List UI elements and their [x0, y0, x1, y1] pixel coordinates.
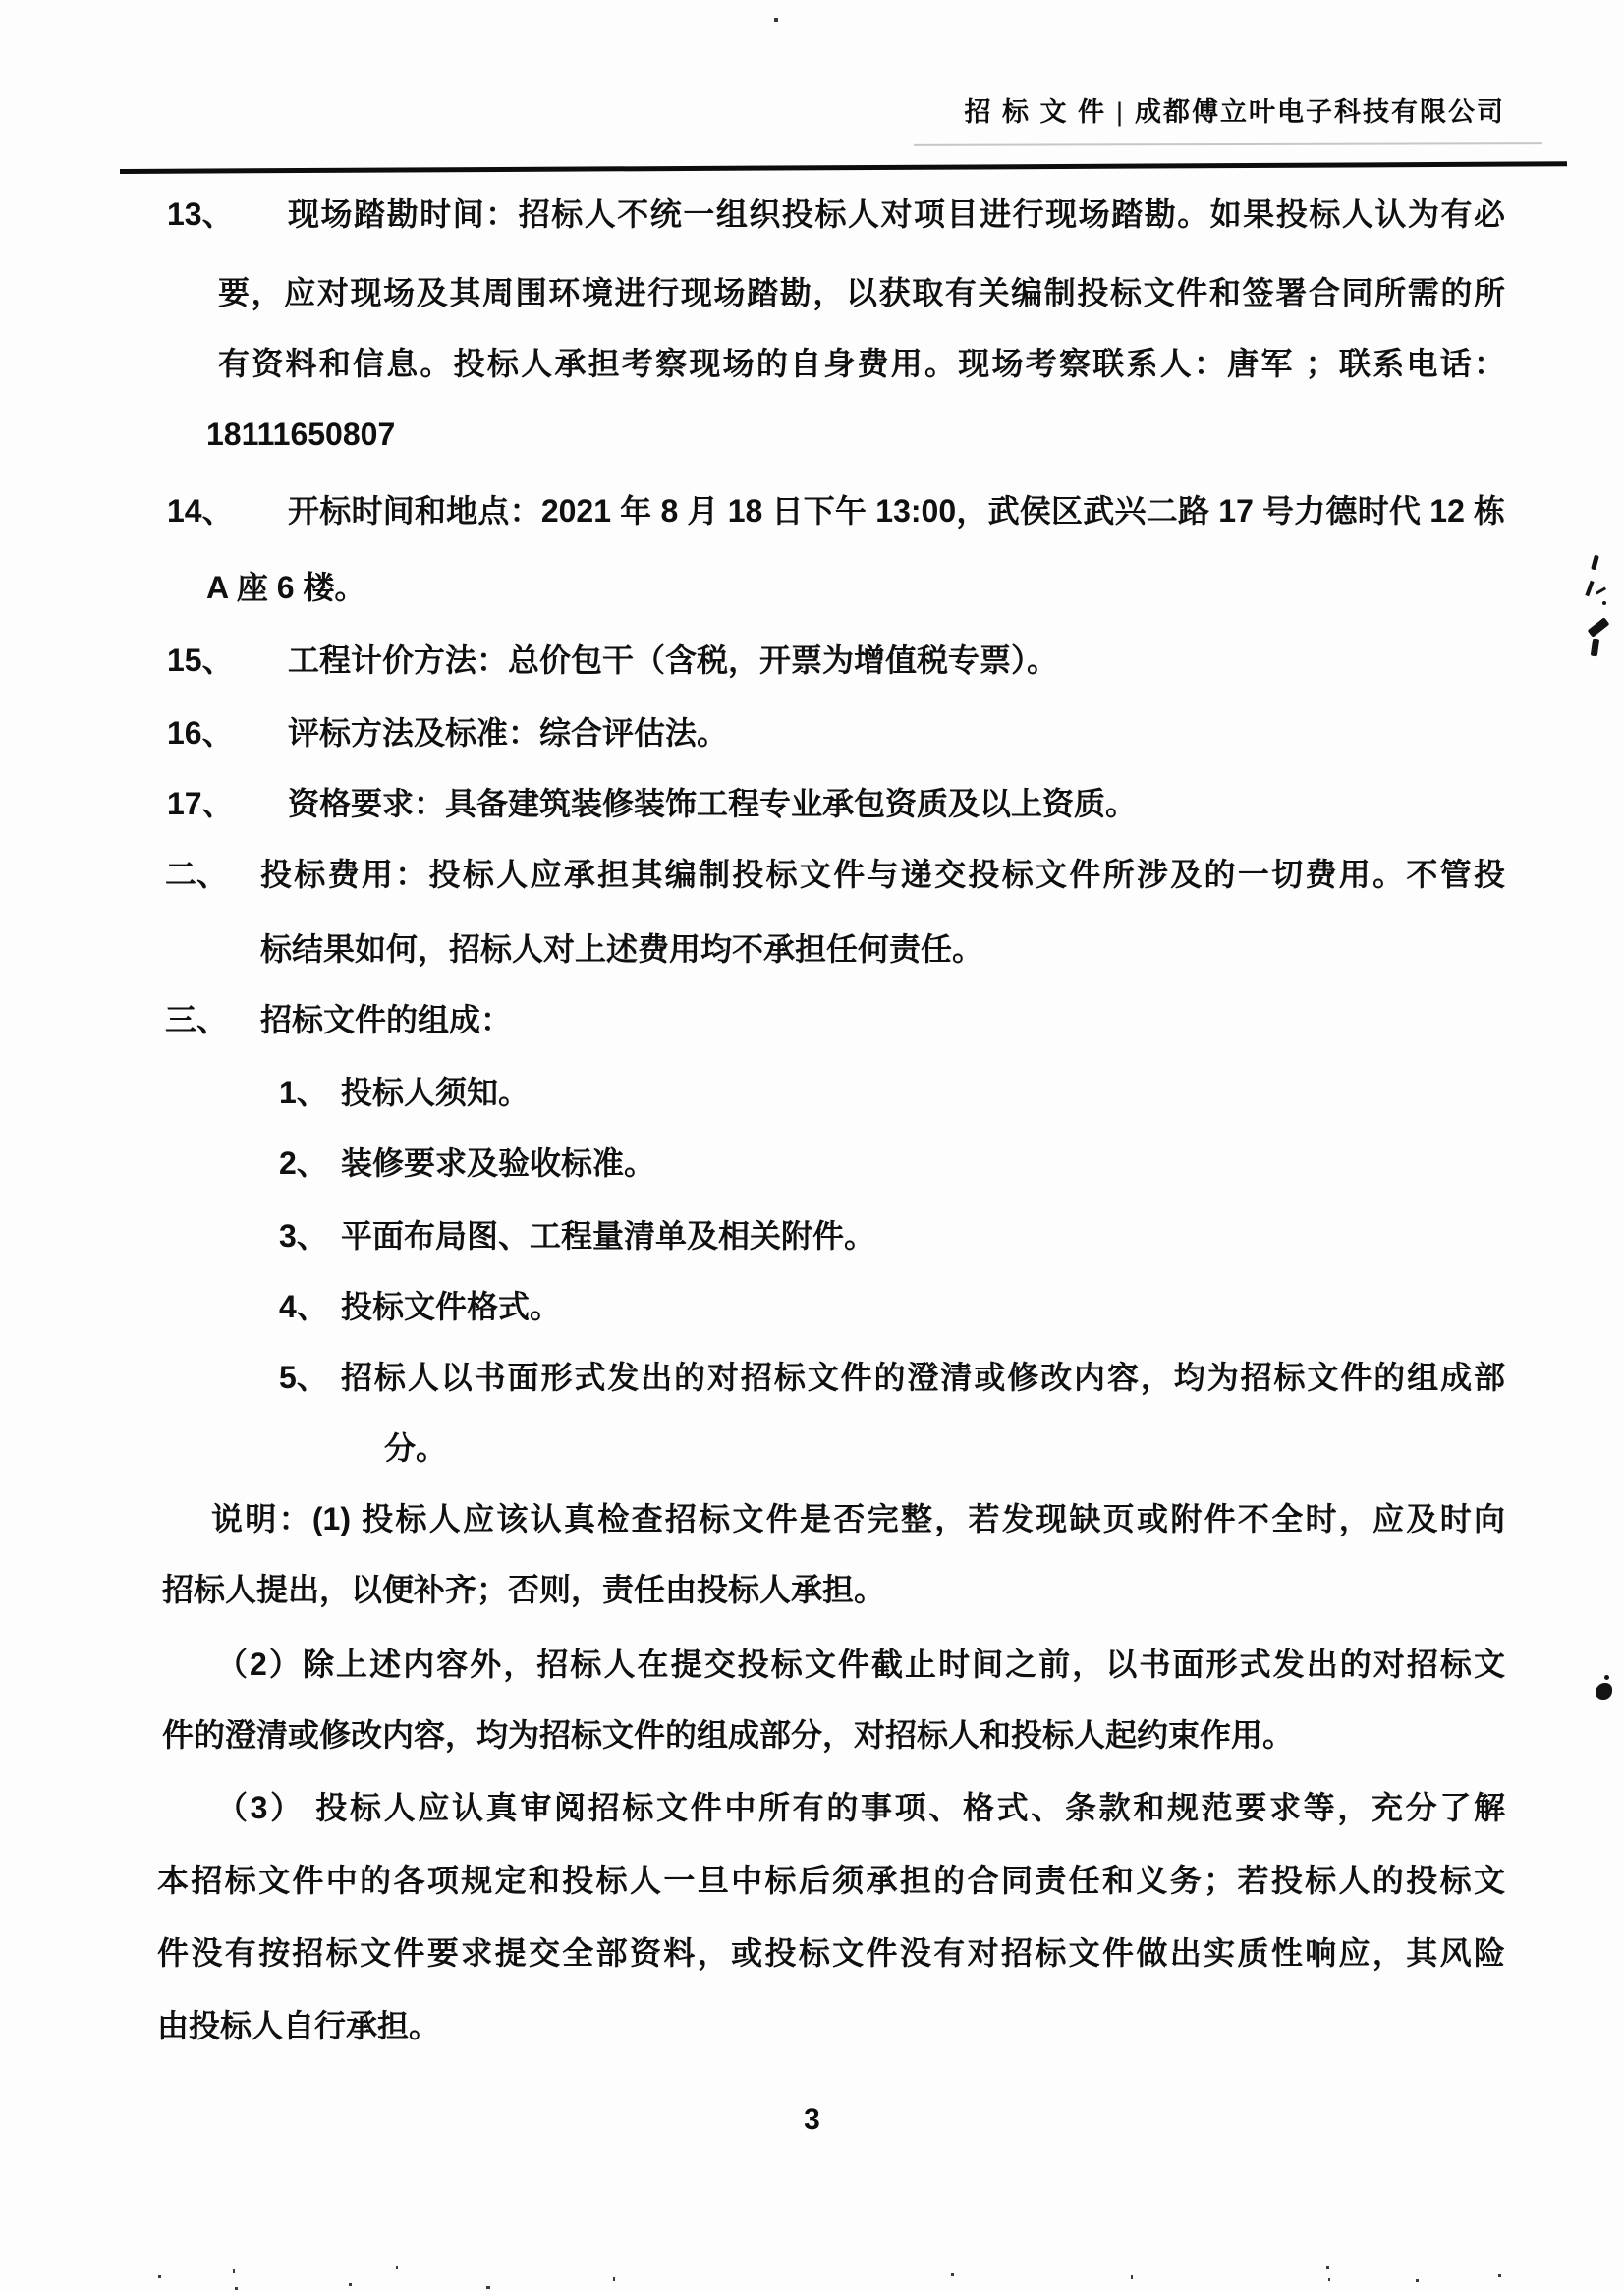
item-17-number: 17、: [167, 767, 234, 840]
scan-artifact-line: [914, 142, 1542, 146]
item-15-number: 15、: [167, 624, 234, 697]
note-3-line-2: 本招标文件中的各项规定和投标人一旦中标后须承担的合同责任和义务；若投标人的投标文: [157, 1844, 1505, 1917]
item-14-line-2: A 座 6 楼。: [206, 551, 365, 624]
item-16-line-1: 评标方法及标准：综合评估法。: [288, 697, 728, 769]
handwritten-margin-mark: [1591, 639, 1599, 657]
subitem-1-line-1: 投标人须知。: [341, 1056, 530, 1129]
scan-speck: [613, 2277, 615, 2281]
item-16-number: 16、: [167, 697, 234, 769]
subitem-2-line-1: 装修要求及验收标准。: [341, 1127, 655, 1200]
item-13-line-2: 要，应对现场及其周围环境进行现场踏勘，以获取有关编制投标文件和签署合同所需的所: [218, 256, 1505, 329]
section-3-line-1: 招标文件的组成：: [260, 983, 512, 1056]
item-14-number: 14、: [167, 475, 234, 547]
handwritten-margin-mark: [1596, 586, 1606, 594]
item-14-line-1: 开标时间和地点：2021 年 8 月 18 日下午 13:00，武侯区武兴二路 …: [288, 475, 1505, 547]
scan-speck: [349, 2283, 352, 2286]
subitem-5-line-2: 分。: [384, 1412, 447, 1484]
handwritten-margin-mark: [1588, 617, 1610, 638]
scan-speck: [1416, 2279, 1419, 2282]
scan-speck: [774, 18, 778, 22]
section-2-number: 二、: [165, 838, 228, 911]
page-header: 招 标 文 件|成都傅立叶电子科技有限公司: [0, 90, 1505, 129]
ink-smudge: [1604, 1675, 1609, 1680]
subitem-4-number: 4、: [279, 1270, 328, 1343]
note-3-line-4: 由投标人自行承担。: [157, 1989, 440, 2062]
section-2-line-1: 投标费用：投标人应承担其编制投标文件与递交投标文件所涉及的一切费用。不管投: [260, 838, 1505, 911]
scan-speck: [951, 2273, 954, 2276]
section-3-number: 三、: [165, 983, 228, 1056]
item-13-line-1: 现场踏勘时间：招标人不统一组织投标人对项目进行现场踏勘。如果投标人认为有必: [288, 178, 1505, 251]
note-1-line-1: 说明：(1) 投标人应该认真检查招标文件是否完整，若发现缺页或附件不全时，应及时…: [211, 1482, 1505, 1555]
scan-speck: [1131, 2275, 1133, 2279]
subitem-2-number: 2、: [279, 1127, 328, 1200]
handwritten-margin-mark: [1585, 581, 1594, 596]
subitem-5-line-1: 招标人以书面形式发出的对招标文件的澄清或修改内容，均为招标文件的组成部: [341, 1341, 1505, 1414]
document-page: 招 标 文 件|成都傅立叶电子科技有限公司 13、 现场踏勘时间：招标人不统一组…: [0, 0, 1624, 2290]
header-rule: [120, 161, 1567, 174]
scan-speck: [158, 2275, 161, 2278]
subitem-3-number: 3、: [279, 1200, 328, 1272]
item-13-number: 13、: [167, 178, 234, 251]
item-13-line-3: 有资料和信息。投标人承担考察现场的自身费用。现场考察联系人：唐军 ；联系电话：: [218, 327, 1505, 400]
note-2-line-2: 件的澄清或修改内容，均为招标文件的组成部分，对招标人和投标人起约束作用。: [162, 1699, 1294, 1771]
item-15-line-1: 工程计价方法：总价包干（含税，开票为增值税专票）。: [288, 624, 1058, 697]
note-3-line-3: 件没有按招标文件要求提交全部资料，或投标文件没有对招标文件做出实质性响应，其风险: [157, 1917, 1505, 1989]
scan-speck: [233, 2269, 235, 2273]
scan-speck: [1498, 2274, 1501, 2277]
scan-speck: [486, 2286, 490, 2289]
section-2-line-2: 标结果如何，招标人对上述费用均不承担任何责任。: [260, 913, 983, 985]
subitem-4-line-1: 投标文件格式。: [341, 1270, 561, 1343]
item-17-line-1: 资格要求：具备建筑装修装饰工程专业承包资质及以上资质。: [288, 767, 1137, 840]
scan-speck: [1328, 2278, 1330, 2281]
note-2-line-1: （2）除上述内容外，招标人在提交投标文件截止时间之前，以书面形式发出的对招标文: [216, 1628, 1505, 1701]
note-3-line-1: （3） 投标人应认真审阅招标文件中所有的事项、格式、条款和规范要求等，充分了解: [216, 1771, 1505, 1844]
ink-smudge: [1596, 1683, 1612, 1700]
subitem-5-number: 5、: [279, 1341, 328, 1414]
page-number: 3: [0, 2084, 1624, 2156]
header-doc-type: 招 标 文 件: [964, 97, 1106, 127]
subitem-3-line-1: 平面布局图、工程量清单及相关附件。: [341, 1200, 875, 1272]
scan-speck: [396, 2266, 398, 2269]
header-divider: |: [1106, 97, 1135, 127]
item-13-line-4: 18111650807: [206, 398, 395, 471]
note-1-line-2: 招标人提出，以便补齐；否则，责任由投标人承担。: [162, 1553, 885, 1626]
handwritten-margin-mark: [1591, 555, 1599, 571]
subitem-1-number: 1、: [279, 1056, 328, 1129]
handwritten-margin-mark: [1602, 601, 1606, 605]
scan-speck: [1326, 2266, 1329, 2269]
header-company: 成都傅立叶电子科技有限公司: [1135, 97, 1505, 127]
